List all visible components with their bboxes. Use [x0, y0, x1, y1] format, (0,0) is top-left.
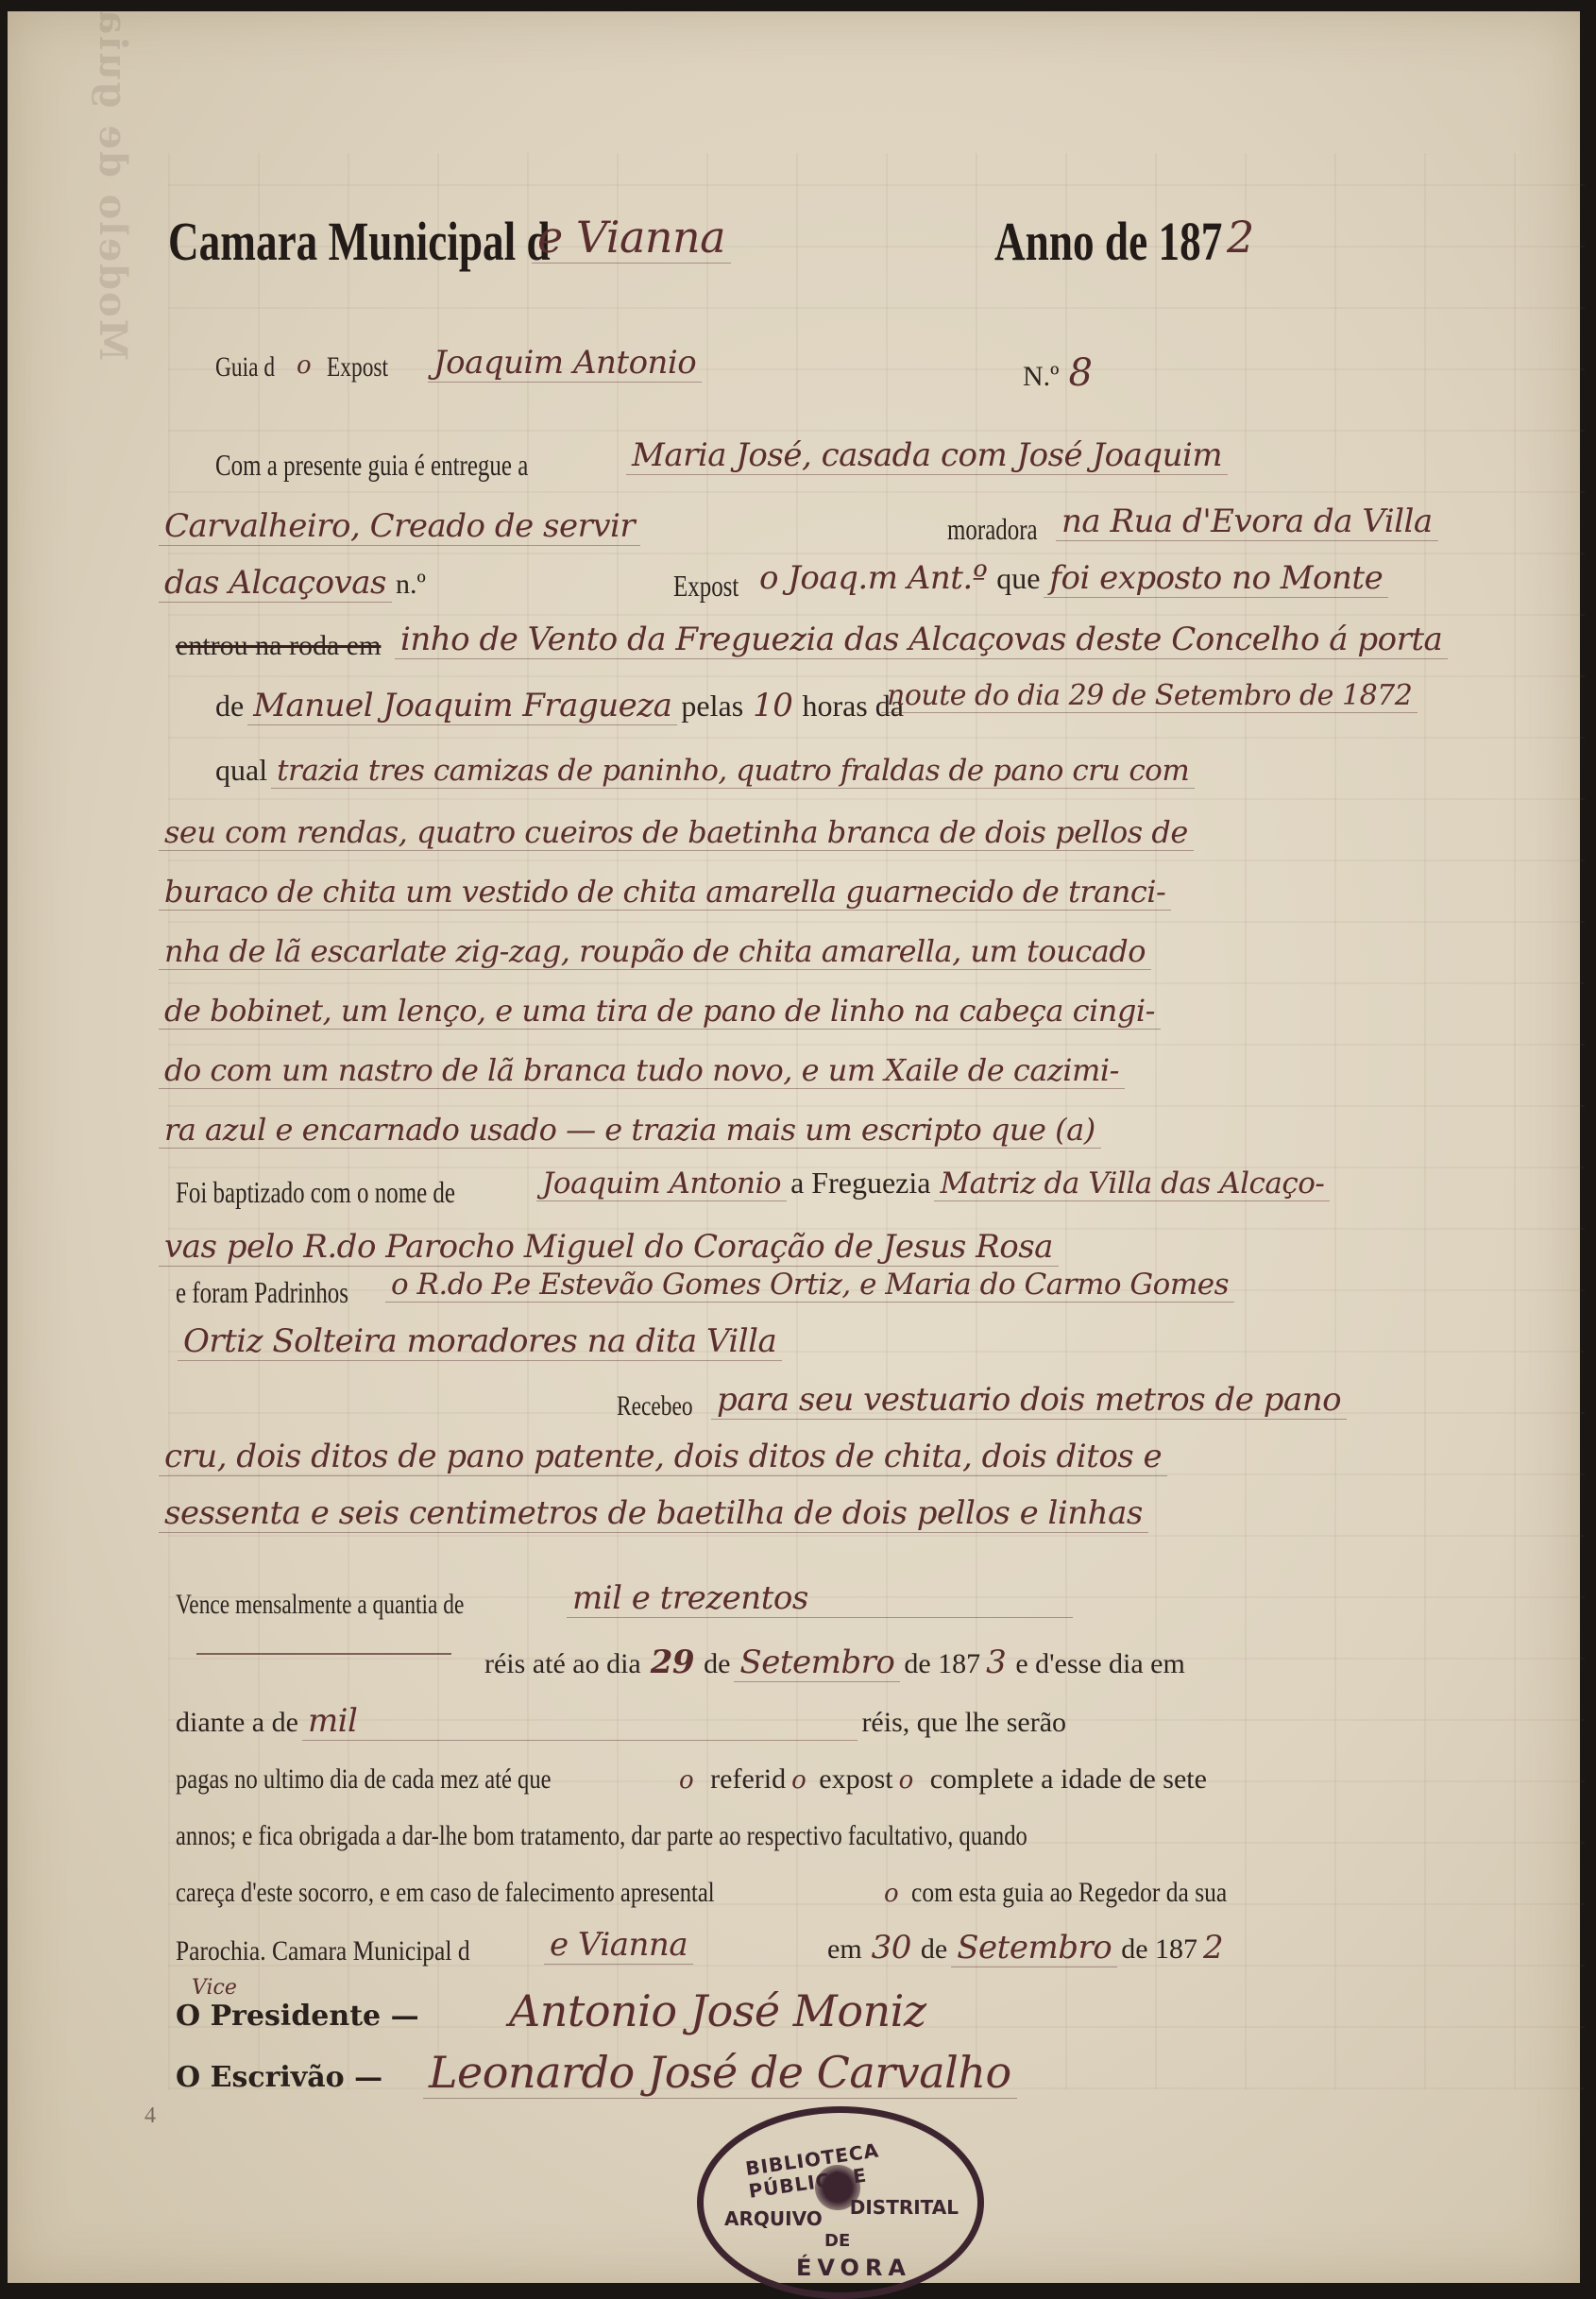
padrinhos-hand-wrap: o R.do P.e Estevão Gomes Ortiz, e Maria …: [385, 1268, 1234, 1302]
padrinhos-line: e foram Padrinhos: [176, 1275, 398, 1310]
que-label: que: [996, 561, 1040, 595]
stamp-left-text: ARQUIVO: [724, 2207, 823, 2230]
escrivao-line: O Escrivão —: [176, 2061, 382, 2094]
line4-hand: inho de Vento da Freguezia das Alcaçovas…: [395, 621, 1448, 659]
padrinhos-label: e foram Padrinhos: [176, 1275, 348, 1310]
baptism-line1: Foi baptizado com o nome de: [176, 1175, 534, 1210]
em-label: em: [827, 1933, 862, 1965]
pagas-text: pagas no ultimo dia de cada mez até que: [176, 1763, 552, 1796]
recebeo-line2-hand: cru, dois ditos de pano patente, dois di…: [159, 1438, 1167, 1476]
desc-line-5: ra azul e encarnado usado — e trazia mai…: [159, 1112, 1101, 1148]
reis-ate-label: réis até ao dia: [484, 1648, 641, 1679]
guia-name-wrap: Joaquim Antonio: [428, 344, 702, 382]
guia-numero-wrap: N.º 8: [1023, 351, 1097, 395]
expost-line3-wrap: Expost: [673, 569, 757, 604]
em-day-hand: 30: [866, 1929, 917, 1967]
baptism-name-hand: Joaquim Antonio: [536, 1167, 787, 1201]
escrivao-label: O Escrivão —: [176, 2061, 382, 2094]
description-text: de bobinet, um lenço, e uma tira de pano…: [159, 993, 1161, 1030]
complete-label: complete a idade de sete: [930, 1763, 1207, 1795]
entrega-line1: Com a presente guia é entregue a: [215, 448, 617, 483]
recipient-line1-hand: Maria José, casada com José Joaquim: [626, 436, 1228, 475]
struck-text: entrou na roda em: [176, 630, 381, 661]
moradora-hand1: na Rua d'Evora da Villa: [1056, 502, 1438, 541]
moradora-wrap: moradora: [947, 512, 1063, 547]
pagas-line: pagas no ultimo dia de cada mez até que: [176, 1763, 634, 1796]
o-hand: o: [878, 1880, 904, 1908]
parochia-rest: e Vianna: [544, 1926, 693, 1964]
mes-hand: Setembro: [734, 1643, 900, 1682]
corner-mark: 4: [144, 2103, 156, 2129]
vence-hand-wrap: mil e trezentos: [567, 1579, 1073, 1617]
recebeo-line3-hand: sessenta e seis centimetros de baetilha …: [159, 1494, 1148, 1533]
description-text: ra azul e encarnado usado — e trazia mai…: [159, 1112, 1101, 1149]
desc-line-0: seu com rendas, quatro cueiros de baetin…: [159, 814, 1194, 850]
pelas-label: pelas: [681, 689, 743, 723]
reis-ate-line: réis até ao dia 29 de Setembro de 1873 e…: [484, 1643, 1185, 1681]
document-page: Modelo de guia de exposto Camara Municip…: [8, 11, 1580, 2283]
de-label-3: de: [921, 1933, 947, 1965]
moradora-label: moradora: [947, 512, 1038, 547]
o-hand: o: [673, 1766, 699, 1795]
description-text: do com um nastro de lã branca tudo novo,…: [159, 1052, 1125, 1089]
horas-hand: noute do dia 29 de Setembro de 1872: [881, 679, 1418, 713]
description-text: nha de lã escarlate zig-zag, roupão de c…: [159, 933, 1151, 970]
baptism-line2: vas pelo R.do Parocho Miguel do Coração …: [159, 1228, 1059, 1266]
padrinhos-hand2: Ortiz Solteira moradores na dita Villa: [178, 1322, 782, 1361]
recebeo-line1: Recebeo: [617, 1390, 714, 1422]
escrivao-sig-wrap: Leonardo José de Carvalho: [423, 2047, 1017, 2098]
diante-label: diante a de: [176, 1707, 298, 1738]
header-anno-hand-wrap: 2: [1221, 212, 1260, 263]
desc-line-1: buraco de chita um vestido de chita amar…: [159, 874, 1171, 910]
expost-hand: o Joaq.m Ant.º: [754, 559, 993, 597]
anno-year-hand: 2: [1221, 212, 1260, 263]
escrivao-signature: Leonardo José de Carvalho: [423, 2047, 1017, 2099]
stamp-right-text: DISTRITAL: [850, 2196, 959, 2219]
show-through-text: Modelo de guia de exposto: [91, 0, 135, 361]
referid-label: referid: [710, 1763, 786, 1795]
stamp-top-text: BIBLIOTECA PÚBLICA E: [744, 2125, 979, 2203]
stamp-bottom-text: ÉVORA: [796, 2255, 911, 2281]
expost-label-2: Expost: [673, 569, 739, 604]
freguezia-label: a Freguezia: [790, 1166, 930, 1200]
horas-hand-wrap: noute do dia 29 de Setembro de 1872: [881, 679, 1418, 712]
desc-line-3: de bobinet, um lenço, e uma tira de pano…: [159, 993, 1161, 1029]
entrega-line5: de Manuel Joaquim Fragueza pelas 10 hora…: [215, 687, 904, 724]
ano2-label: de 187: [1121, 1933, 1197, 1965]
regedor-text: com esta guia ao Regedor da sua: [911, 1877, 1227, 1909]
dia-hand: 29: [645, 1643, 700, 1681]
desc-line-2: nha de lã escarlate zig-zag, roupão de c…: [159, 933, 1151, 969]
ano2-hand: 2: [1197, 1929, 1229, 1967]
o-hand: o: [893, 1766, 919, 1795]
baptism-printed: Foi baptizado com o nome de: [176, 1175, 455, 1210]
entrega-printed: Com a presente guia é entregue a: [215, 448, 528, 483]
header-camara-hand-wrap: e Vianna: [532, 212, 731, 263]
careca-text: careça d'este socorro, e em caso de fale…: [176, 1877, 715, 1909]
stamp-de-text: DE: [824, 2231, 850, 2251]
pelas-hand: 10: [747, 687, 798, 724]
camara-printed: Camara Municipal d: [168, 210, 551, 273]
presidente-line: O Presidente —: [176, 2000, 419, 2033]
entrega-line4: entrou na roda em: [176, 630, 381, 662]
reis-lhe-label: réis, que lhe serão: [861, 1707, 1066, 1738]
recebeo-line3: sessenta e seis centimetros de baetilha …: [159, 1494, 1148, 1532]
vice-hand: Vice: [192, 1976, 237, 2000]
padrinhos-hand: o R.do P.e Estevão Gomes Ortiz, e Maria …: [385, 1268, 1234, 1303]
exposto-name-hand: Joaquim Antonio: [428, 344, 702, 383]
presidente-sig-wrap: Antonio José Moniz: [503, 1985, 932, 2036]
entrega-line2: Carvalheiro, Creado de servir: [159, 507, 640, 545]
annos-line: annos; e fica obrigada a dar-lhe bom tra…: [176, 1820, 1214, 1852]
entrega-line4-hand-wrap: inho de Vento da Freguezia das Alcaçovas…: [395, 621, 1448, 658]
dash-filler: [196, 1653, 451, 1655]
guia-o-hand: o: [291, 351, 316, 380]
pagas-line-rest: o referido exposto complete a idade de s…: [673, 1763, 1207, 1796]
entrega-recipient-wrap: Maria José, casada com José Joaquim: [626, 436, 1228, 474]
ano-label: de 187: [904, 1648, 980, 1679]
expost-hand-wrap: o Joaq.m Ant.º que foi exposto no Monte: [754, 559, 1388, 597]
mes2-hand: Setembro: [951, 1929, 1117, 1967]
numero-value-hand: 8: [1062, 351, 1097, 395]
guia-expost-label: Expost: [327, 351, 388, 383]
moradora-hand-wrap: na Rua d'Evora da Villa: [1056, 502, 1438, 540]
camara-municipality-hand: e Vianna: [532, 212, 731, 264]
presidente-label: O Presidente —: [176, 2000, 419, 2033]
numero-label-2: n.º: [396, 569, 426, 600]
parochia-hand: e Vianna: [544, 1926, 693, 1965]
em-date: em 30 de Setembro de 1872: [827, 1929, 1229, 1967]
padrinhos-line2: Ortiz Solteira moradores na dita Villa: [178, 1322, 782, 1360]
baptism-name-wrap: Joaquim Antonio a Freguezia Matriz da Vi…: [536, 1166, 1330, 1201]
presidente-signature: Antonio José Moniz: [503, 1985, 932, 2036]
que-hand: foi exposto no Monte: [1044, 559, 1388, 598]
guia-o-wrap: o: [291, 351, 316, 380]
desc-line-4: do com um nastro de lã branca tudo novo,…: [159, 1052, 1125, 1088]
recipient-line2-hand: Carvalheiro, Creado de servir: [159, 507, 640, 546]
ano-hand: 3: [980, 1643, 1011, 1681]
guia-expost-wrap: Expost: [327, 351, 405, 383]
recebeo-hand-wrap: para seu vestuario dois metros de pano: [711, 1381, 1347, 1419]
de-label: de: [215, 689, 244, 723]
baptism-priest-hand: vas pelo R.do Parocho Miguel do Coração …: [159, 1228, 1059, 1267]
qual-hand: trazia tres camizas de paninho, quatro f…: [271, 754, 1195, 789]
qual-label: qual: [215, 753, 267, 787]
parochia-text: Parochia. Camara Municipal d: [176, 1935, 470, 1967]
archive-stamp: BIBLIOTECA PÚBLICA E ARQUIVO DISTRITAL D…: [697, 2106, 984, 2299]
annos-text: annos; e fica obrigada a dar-lhe bom tra…: [176, 1820, 1027, 1852]
numero-label: N.º: [1023, 361, 1059, 392]
recebeo-line1-hand: para seu vestuario dois metros de pano: [711, 1381, 1347, 1420]
de-hand: Manuel Joaquim Fragueza: [247, 687, 677, 725]
vence-line: Vence mensalmente a quantia de: [176, 1589, 546, 1621]
diante-line: diante a de mil réis, que lhe serão: [176, 1702, 1066, 1740]
parochia-line: Parochia. Camara Municipal d: [176, 1935, 522, 1967]
recebeo-line2: cru, dois ditos de pano patente, dois di…: [159, 1438, 1167, 1475]
description-text: seu com rendas, quatro cueiros de baetin…: [159, 814, 1194, 851]
vence-amount-hand: mil e trezentos: [567, 1579, 1073, 1618]
vence-label: Vence mensalmente a quantia de: [176, 1589, 464, 1621]
careca-rest: o com esta guia ao Regedor da sua: [878, 1877, 1282, 1909]
o-hand: o: [786, 1766, 811, 1795]
anno-printed: Anno de 187: [994, 210, 1222, 273]
entrega-line3: das Alcaçovas n.º: [159, 564, 426, 602]
de-label-2: de: [704, 1648, 730, 1679]
careca-line: careça d'este socorro, e em caso de fale…: [176, 1877, 833, 1909]
dia-em-label: e d'esse dia em: [1015, 1648, 1185, 1679]
recebeo-label: Recebeo: [617, 1390, 693, 1422]
diante-amount-hand: mil: [302, 1702, 858, 1741]
freguezia-hand: Matriz da Villa das Alcaço-: [934, 1167, 1330, 1201]
expost-label-3: expost: [819, 1763, 892, 1795]
moradora-hand2: das Alcaçovas: [159, 564, 392, 603]
entrega-line6: qual trazia tres camizas de paninho, qua…: [215, 753, 1195, 788]
description-text: buraco de chita um vestido de chita amar…: [159, 874, 1171, 911]
